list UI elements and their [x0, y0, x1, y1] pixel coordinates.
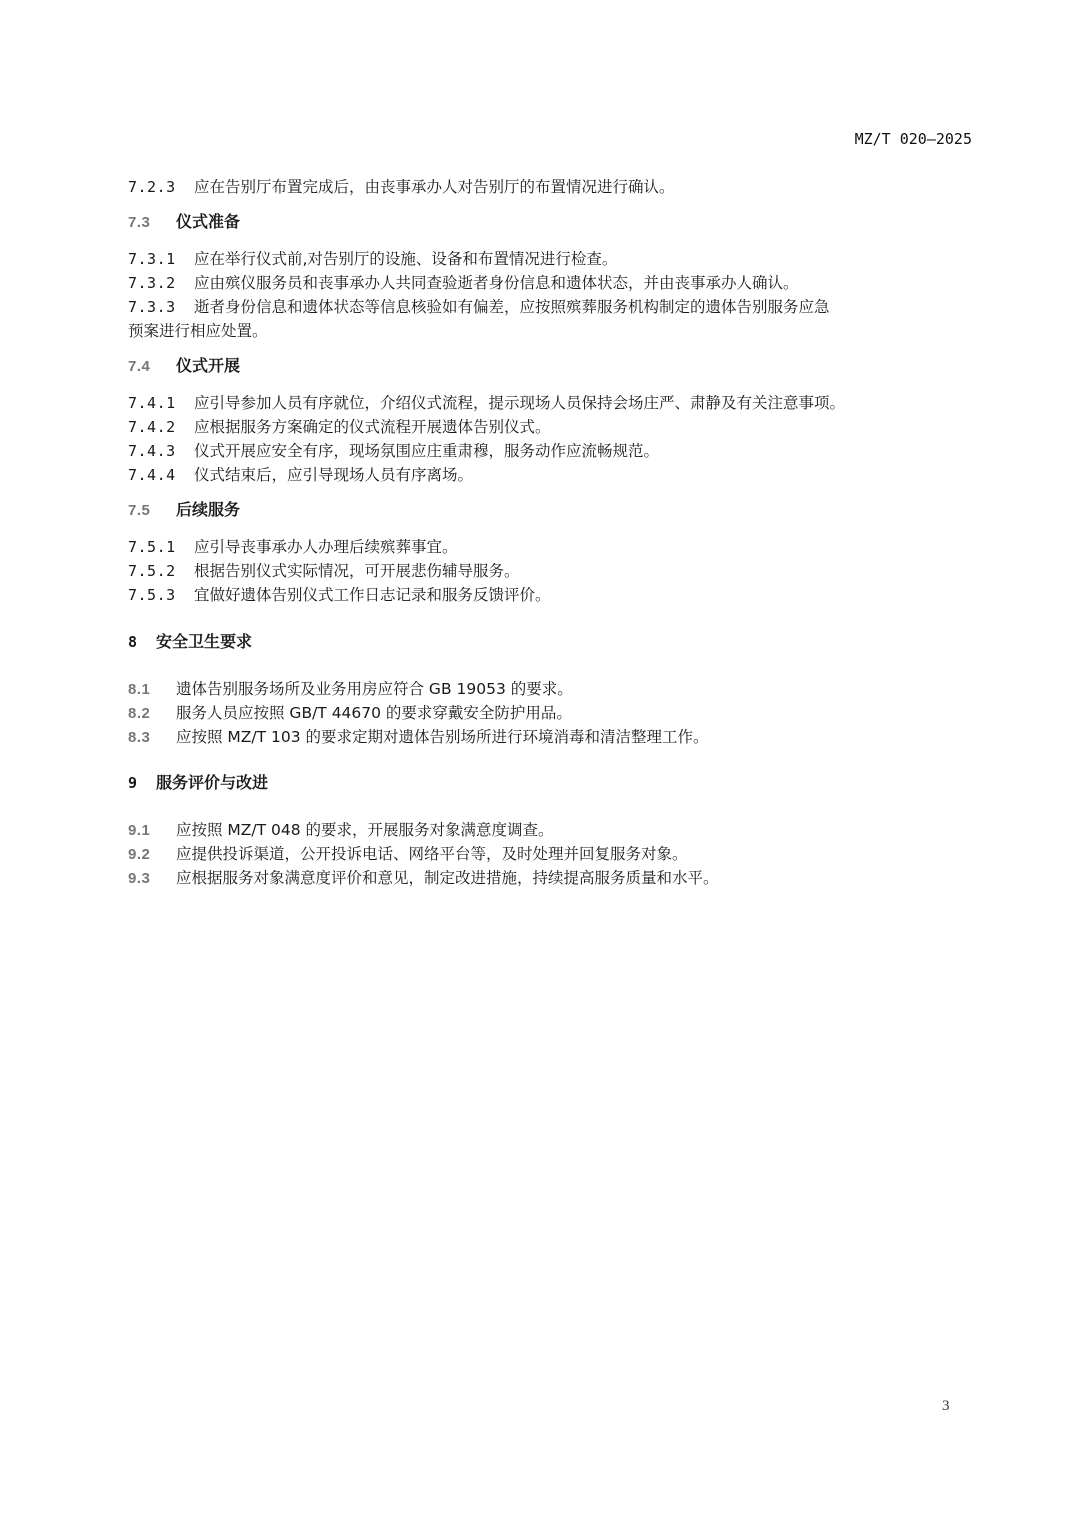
- section-number: 7.3: [128, 213, 176, 233]
- section-title: 仪式开展: [176, 356, 240, 375]
- clause-8-2: 8.2服务人员应按照 GB/T 44670 的要求穿戴安全防护用品。: [128, 703, 572, 724]
- standard-code-header: MZ/T 020—2025: [855, 130, 972, 148]
- clause-7-3-2: 7.3.2应由殡仪服务员和丧事承办人共同查验逝者身份信息和遗体状态，并由丧事承办…: [128, 273, 799, 293]
- clause-text: 应在举行仪式前,对告别厅的设施、设备和布置情况进行检查。: [194, 250, 617, 268]
- clause-text: 遗体告别服务场所及业务用房应符合 GB 19053 的要求。: [176, 680, 573, 698]
- section-7-5-heading: 7.5后续服务: [128, 500, 240, 521]
- section-title: 后续服务: [176, 500, 240, 519]
- chapter-8-heading: 8安全卫生要求: [128, 632, 252, 652]
- clause-7-4-4: 7.4.4仪式结束后，应引导现场人员有序离场。: [128, 465, 473, 485]
- clause-7-3-1: 7.3.1应在举行仪式前,对告别厅的设施、设备和布置情况进行检查。: [128, 249, 617, 269]
- clause-number: 7.4.2: [128, 417, 194, 437]
- clause-number: 8.2: [128, 704, 176, 724]
- clause-number: 7.3.1: [128, 249, 194, 269]
- clause-text: 应提供投诉渠道，公开投诉电话、网络平台等，及时处理并回复服务对象。: [176, 845, 688, 863]
- clause-text: 服务人员应按照 GB/T 44670 的要求穿戴安全防护用品。: [176, 704, 572, 722]
- section-7-3-heading: 7.3仪式准备: [128, 212, 240, 233]
- chapter-number: 8: [128, 632, 156, 652]
- clause-text: 应根据服务方案确定的仪式流程开展遗体告别仪式。: [194, 418, 551, 436]
- clause-text: 应按照 MZ/T 103 的要求定期对遗体告别场所进行环境消毒和清洁整理工作。: [176, 728, 709, 746]
- clause-number: 9.2: [128, 845, 176, 865]
- chapter-title: 服务评价与改进: [156, 773, 268, 792]
- section-number: 7.4: [128, 357, 176, 377]
- clause-7-5-1: 7.5.1应引导丧事承办人办理后续殡葬事宜。: [128, 537, 458, 557]
- clause-number: 9.3: [128, 869, 176, 889]
- clause-7-5-2: 7.5.2根据告别仪式实际情况，可开展悲伤辅导服务。: [128, 561, 520, 581]
- page-number: 3: [942, 1398, 950, 1415]
- clause-9-3: 9.3应根据服务对象满意度评价和意见，制定改进措施，持续提高服务质量和水平。: [128, 868, 719, 889]
- clause-text: 仪式开展应安全有序，现场氛围应庄重肃穆，服务动作应流畅规范。: [194, 442, 659, 460]
- clause-number: 8.3: [128, 728, 176, 748]
- clause-text: 逝者身份信息和遗体状态等信息核验如有偏差，应按照殡葬服务机构制定的遗体告别服务应…: [194, 298, 830, 316]
- clause-text: 应按照 MZ/T 048 的要求，开展服务对象满意度调查。: [176, 821, 554, 839]
- clause-number: 7.5.2: [128, 561, 194, 581]
- clause-text: 应根据服务对象满意度评价和意见，制定改进措施，持续提高服务质量和水平。: [176, 869, 719, 887]
- clause-7-4-3: 7.4.3仪式开展应安全有序，现场氛围应庄重肃穆，服务动作应流畅规范。: [128, 441, 659, 461]
- chapter-title: 安全卫生要求: [156, 632, 252, 651]
- clause-number: 7.3.2: [128, 273, 194, 293]
- clause-8-3: 8.3应按照 MZ/T 103 的要求定期对遗体告别场所进行环境消毒和清洁整理工…: [128, 727, 709, 748]
- chapter-9-heading: 9服务评价与改进: [128, 773, 268, 793]
- clause-7-4-2: 7.4.2应根据服务方案确定的仪式流程开展遗体告别仪式。: [128, 417, 551, 437]
- clause-text: 应引导参加人员有序就位，介绍仪式流程，提示现场人员保持会场庄严、肃静及有关注意事…: [194, 394, 845, 412]
- clause-number: 7.5.3: [128, 585, 194, 605]
- clause-7-5-3: 7.5.3宜做好遗体告别仪式工作日志记录和服务反馈评价。: [128, 585, 551, 605]
- section-7-4-heading: 7.4仪式开展: [128, 356, 240, 377]
- clause-number: 7.3.3: [128, 297, 194, 317]
- clause-number: 7.4.3: [128, 441, 194, 461]
- clause-text: 宜做好遗体告别仪式工作日志记录和服务反馈评价。: [194, 586, 551, 604]
- clause-7-2-3: 7.2.3应在告别厅布置完成后，由丧事承办人对告别厅的布置情况进行确认。: [128, 177, 675, 197]
- clause-7-3-3: 7.3.3逝者身份信息和遗体状态等信息核验如有偏差，应按照殡葬服务机构制定的遗体…: [128, 297, 830, 317]
- clause-text: 应在告别厅布置完成后，由丧事承办人对告别厅的布置情况进行确认。: [194, 178, 675, 196]
- clause-number: 7.4.1: [128, 393, 194, 413]
- section-number: 7.5: [128, 501, 176, 521]
- chapter-number: 9: [128, 773, 156, 793]
- clause-text: 根据告别仪式实际情况，可开展悲伤辅导服务。: [194, 562, 520, 580]
- clause-text: 仪式结束后，应引导现场人员有序离场。: [194, 466, 473, 484]
- clause-number: 7.5.1: [128, 537, 194, 557]
- clause-9-1: 9.1应按照 MZ/T 048 的要求，开展服务对象满意度调查。: [128, 820, 554, 841]
- clause-number: 9.1: [128, 821, 176, 841]
- clause-number: 8.1: [128, 680, 176, 700]
- clause-8-1: 8.1遗体告别服务场所及业务用房应符合 GB 19053 的要求。: [128, 679, 573, 700]
- clause-7-4-1: 7.4.1应引导参加人员有序就位，介绍仪式流程，提示现场人员保持会场庄严、肃静及…: [128, 393, 845, 413]
- clause-text: 应引导丧事承办人办理后续殡葬事宜。: [194, 538, 458, 556]
- clause-9-2: 9.2应提供投诉渠道，公开投诉电话、网络平台等，及时处理并回复服务对象。: [128, 844, 688, 865]
- clause-number: 7.4.4: [128, 465, 194, 485]
- clause-number: 7.2.3: [128, 177, 194, 197]
- section-title: 仪式准备: [176, 212, 240, 231]
- clause-7-3-3-continuation: 预案进行相应处置。: [128, 321, 268, 341]
- clause-text: 应由殡仪服务员和丧事承办人共同查验逝者身份信息和遗体状态，并由丧事承办人确认。: [194, 274, 799, 292]
